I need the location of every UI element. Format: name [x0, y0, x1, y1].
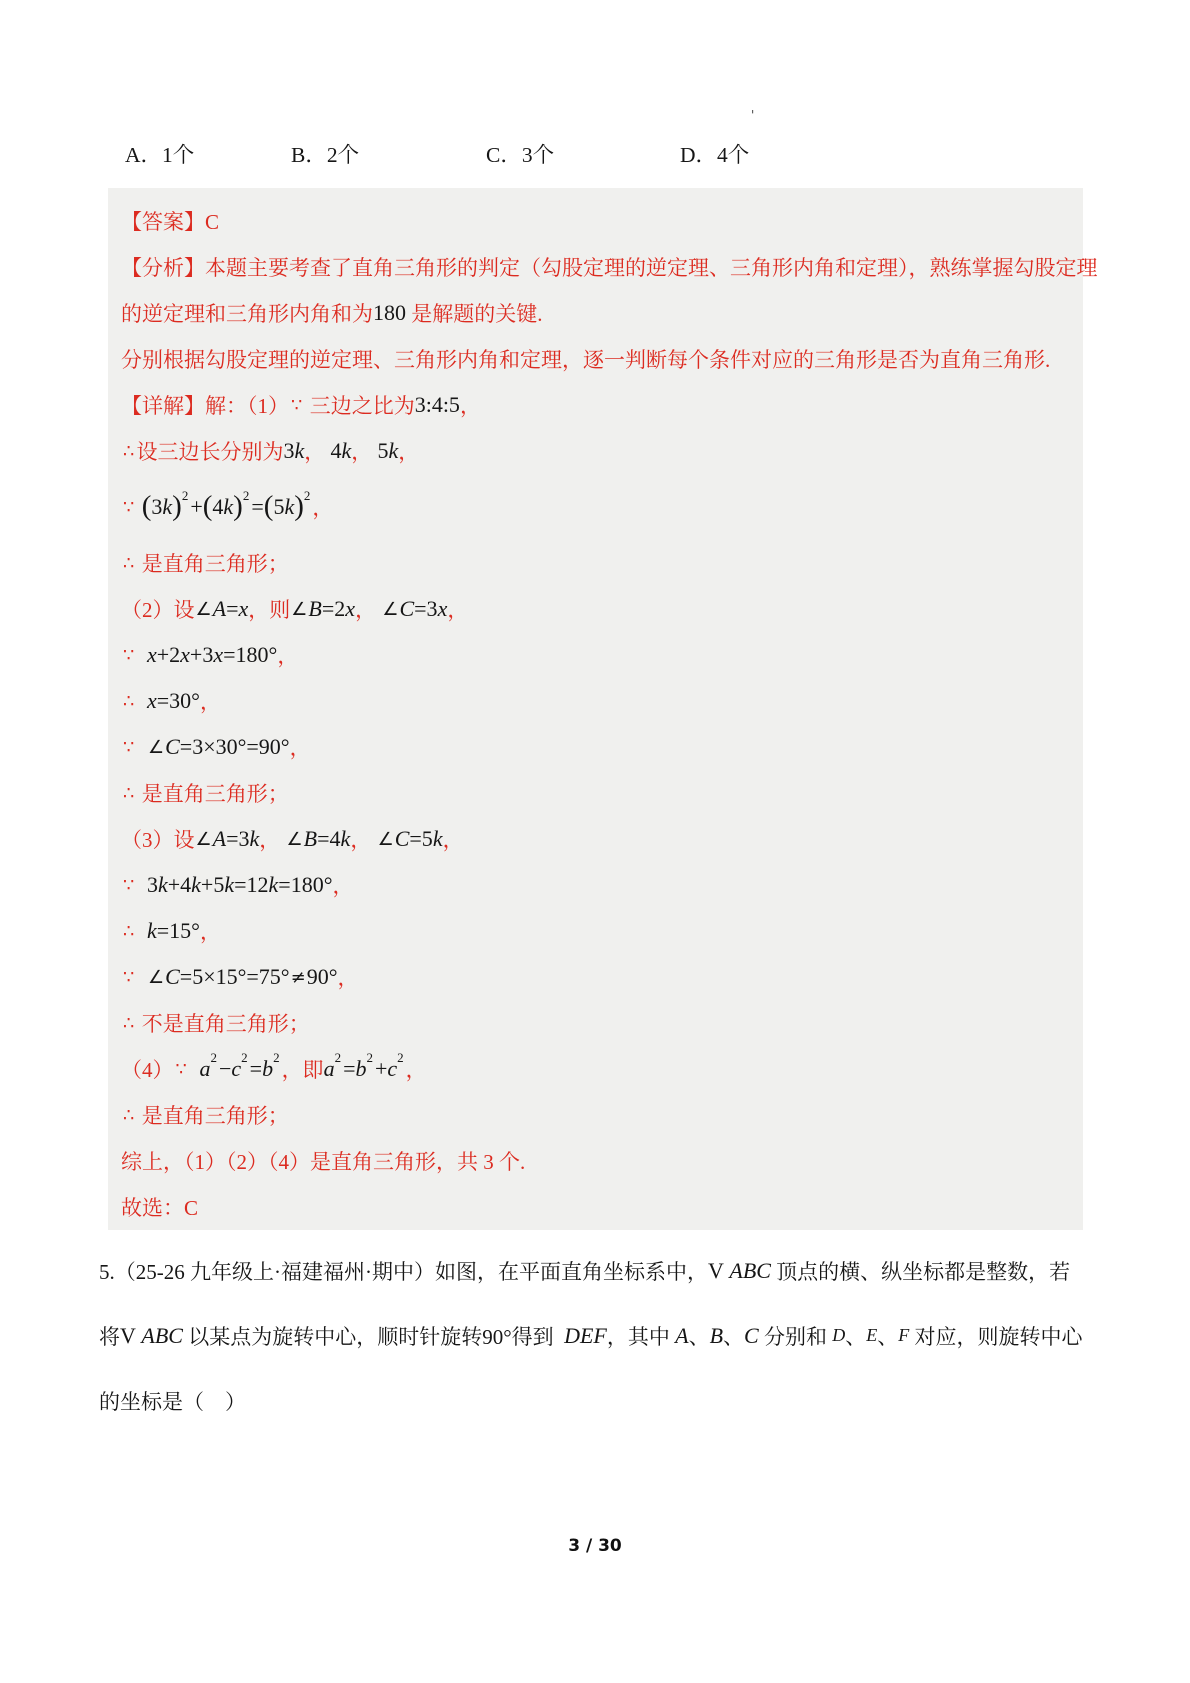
text-run: =180°	[223, 642, 277, 668]
text-run: x	[213, 642, 223, 668]
solution-step: （3）设∠A=3k， ∠B=4k， ∠C=5k，	[121, 816, 1069, 862]
text-run: B	[308, 596, 321, 622]
solution-step: ∵ ∠C=5×15°=75°≠90°，	[121, 954, 1069, 1000]
text-run: =3	[226, 826, 249, 852]
text-run: 2	[366, 1050, 375, 1066]
text-run: k	[388, 438, 398, 464]
text-run: D	[832, 1325, 845, 1346]
text-run: (	[264, 490, 274, 523]
text-run: 的逆定理和三角形内角和为	[121, 298, 373, 328]
analysis-line-1: 【分析】本题主要考查了直角三角形的判定（勾股定理的逆定理、三角形内角和定理），熟…	[121, 244, 1069, 290]
text-run: 2	[397, 1050, 406, 1066]
text-run: 3	[151, 494, 162, 520]
text-run: ∴	[121, 1013, 136, 1034]
text-run: k	[223, 494, 233, 520]
text-run: DEF	[564, 1323, 607, 1349]
text-run: =	[250, 1056, 262, 1082]
text-run	[136, 735, 147, 760]
text-run: A	[213, 596, 226, 622]
options-row: A．1个 B．2个 C．3个 D．4个	[0, 138, 1190, 170]
solution-step: ∵ x+2x+3x=180°，	[121, 632, 1069, 678]
text-run: 、	[845, 1321, 866, 1351]
text-run: ∠	[195, 599, 213, 620]
option-d: D．4个	[680, 138, 749, 169]
text-run: +	[190, 494, 202, 520]
text-run: A	[675, 1323, 688, 1349]
text-run: k	[224, 872, 234, 898]
conclusion-step: ∴ 是直角三角形；	[121, 1092, 1069, 1138]
text-run: ，	[406, 1054, 427, 1084]
solution-step: ∴设三边长分别为3k， 4k， 5k，	[121, 428, 1069, 474]
text-run: 2	[241, 1050, 250, 1066]
text-run: C	[165, 964, 180, 990]
text-run: =	[226, 596, 238, 622]
text-run: k	[341, 826, 351, 852]
text-run: 的坐标是（ ）	[99, 1386, 246, 1416]
text-run: b	[262, 1056, 273, 1082]
text-run: ∠	[147, 737, 165, 758]
text-run: =2	[322, 596, 345, 622]
text-run: 2	[210, 1050, 219, 1066]
text-run: ∴	[121, 783, 136, 804]
text-run: 90°	[307, 964, 338, 990]
text-run: 三边之比为	[304, 390, 414, 420]
text-run: x	[147, 642, 157, 668]
question5-line-2: 将V ABC 以某点为旋转中心，顺时针旋转90°得到 DEF，其中 A、B、C …	[99, 1303, 1099, 1368]
text-run: +2	[157, 642, 180, 668]
text-run: =3	[414, 596, 437, 622]
final-choice-line: 故选：C	[121, 1184, 1069, 1230]
text-run: ∵	[121, 875, 136, 896]
text-run: ∠	[286, 829, 304, 850]
text-run: x	[345, 596, 355, 622]
text-run: ∴	[121, 691, 136, 712]
text-run: 综上，（1）（2）（4）是直角三角形，共 3 个.	[121, 1146, 525, 1176]
text-run: ，	[333, 870, 354, 900]
text-run: =15°	[157, 918, 200, 944]
text-run: =4	[317, 826, 340, 852]
text-run: =5×15°=75°	[180, 964, 290, 990]
text-run: ，	[338, 962, 359, 992]
solution-step: ∴ k=15°，	[121, 908, 1069, 954]
solution-step: ∵ 3k+4k+5k=12k=180°，	[121, 862, 1069, 908]
text-run: V	[708, 1258, 729, 1284]
text-run: −	[219, 1056, 231, 1082]
text-run: +5	[201, 872, 224, 898]
text-run: C	[395, 826, 410, 852]
text-run: x	[180, 642, 190, 668]
text-run: 分别根据勾股定理的逆定理、三角形内角和定理，逐一判断每个条件对应的三角形是否为直…	[121, 344, 1050, 374]
text-run: c	[387, 1056, 397, 1082]
text-run: ABC	[141, 1323, 183, 1349]
conclusion-step: ∴ 是直角三角形；	[121, 770, 1069, 816]
text-run: 5.（25-26 九年级上·福建福州·期中）如图，在平面直角坐标系中，	[99, 1256, 708, 1286]
text-run: =5	[409, 826, 432, 852]
text-run: k	[269, 872, 279, 898]
text-run: +4	[168, 872, 191, 898]
text-run: 5	[377, 438, 388, 464]
text-run: k	[250, 826, 260, 852]
stray-mark: '	[751, 108, 754, 122]
text-run: 4	[212, 494, 223, 520]
conclusion-step: ∴ 是直角三角形；	[121, 540, 1069, 586]
conclusion-step: ∴ 不是直角三角形；	[121, 1000, 1069, 1046]
text-run: ，	[259, 824, 285, 854]
text-run: 4	[330, 438, 341, 464]
text-run: 【分析】本题主要考查了直角三角形的判定（勾股定理的逆定理、三角形内角和定理），熟…	[121, 252, 1098, 282]
text-run	[136, 873, 147, 898]
text-run: x	[147, 688, 157, 714]
text-run: （3）设	[121, 824, 195, 854]
text-run: 2	[182, 488, 191, 504]
analysis-line-2: 的逆定理和三角形内角和为180 是解题的关键.	[121, 290, 1069, 336]
detail-step: 【详解】解：（1）∵ 三边之比为3:4:5，	[121, 382, 1069, 428]
text-run: x	[239, 596, 249, 622]
text-run: 、	[689, 1321, 710, 1351]
text-run: x	[438, 596, 448, 622]
text-run: ，	[355, 594, 381, 624]
text-run: b	[355, 1056, 366, 1082]
answer-solution-block: 【答案】C【分析】本题主要考查了直角三角形的判定（勾股定理的逆定理、三角形内角和…	[108, 188, 1083, 1230]
option-c: C．3个	[486, 138, 554, 169]
text-run: =12	[234, 872, 268, 898]
solution-step: （2）设∠A=x，则∠B=2x， ∠C=3x，	[121, 586, 1069, 632]
text-run: a	[199, 1056, 210, 1082]
text-run: 2	[304, 488, 313, 504]
text-run: C	[399, 596, 414, 622]
text-run: (	[142, 490, 152, 523]
text-run: ∵	[121, 497, 136, 518]
text-run: 2	[273, 1050, 282, 1066]
text-run: E	[866, 1325, 877, 1346]
text-run: ，	[443, 824, 464, 854]
text-run: ∠	[290, 599, 308, 620]
text-run: ，	[290, 732, 311, 762]
text-run: 2	[335, 1050, 344, 1066]
text-run: ，则	[248, 594, 290, 624]
question5-line-3: 的坐标是（ ）	[99, 1368, 1099, 1433]
text-run: V	[120, 1323, 141, 1349]
text-run: ，	[460, 390, 481, 420]
text-run: B	[710, 1323, 723, 1349]
text-run: k	[162, 494, 172, 520]
text-run: ，其中	[607, 1321, 675, 1351]
text-run: ∵	[121, 645, 136, 666]
text-run: 2	[243, 488, 252, 504]
text-run: 是解题的关键.	[406, 298, 543, 328]
text-run: 是直角三角形；	[136, 548, 288, 578]
text-run: =30°	[157, 688, 200, 714]
text-run: k	[284, 494, 294, 520]
text-run: ，	[398, 436, 419, 466]
text-run: k	[341, 438, 351, 464]
text-run: k	[294, 438, 304, 464]
solution-step: ∴ x=30°，	[121, 678, 1069, 724]
text-run: k	[433, 826, 443, 852]
text-run: ∴	[121, 441, 136, 462]
solution-step: （4）∵ a2−c2=b2，即a2=b2+c2，	[121, 1046, 1069, 1092]
text-run: ，	[447, 594, 468, 624]
text-run: k	[191, 872, 201, 898]
text-run: ∵	[174, 1059, 189, 1080]
text-run: 是直角三角形；	[136, 1100, 288, 1130]
text-run: ∵	[121, 737, 136, 758]
question5-line-1: 5.（25-26 九年级上·福建福州·期中）如图，在平面直角坐标系中，V ABC…	[99, 1238, 1099, 1303]
text-run: 对应，则旋转中心	[909, 1321, 1082, 1351]
text-run: )	[294, 490, 304, 523]
text-run: ∠	[147, 967, 165, 988]
text-run: k	[147, 918, 157, 944]
text-run	[136, 643, 147, 668]
text-run: ∠	[377, 829, 395, 850]
summary-line: 综上，（1）（2）（4）是直角三角形，共 3 个.	[121, 1138, 1069, 1184]
text-run: 3	[147, 872, 158, 898]
text-run: 、	[723, 1321, 744, 1351]
text-run: 180	[373, 300, 406, 326]
text-run	[136, 919, 147, 944]
option-a: A．1个	[125, 138, 194, 169]
text-run: ，	[351, 436, 377, 466]
text-run: 设三边长分别为	[136, 436, 283, 466]
text-run	[136, 689, 147, 714]
text-run: c	[231, 1056, 241, 1082]
text-run: a	[324, 1056, 335, 1082]
option-b: B．2个	[291, 138, 359, 169]
text-run: B	[304, 826, 317, 852]
text-run: ∵	[289, 395, 304, 416]
text-run: ∵	[121, 967, 136, 988]
text-run: A	[213, 826, 226, 852]
text-run: +3	[190, 642, 213, 668]
text-run: C	[744, 1323, 759, 1349]
text-run: 是直角三角形；	[136, 778, 288, 808]
text-run: 故选：C	[121, 1192, 198, 1222]
text-run: =180°	[278, 872, 332, 898]
text-run: ≠	[290, 967, 307, 988]
text-run: ABC	[729, 1258, 771, 1284]
text-run: ∴	[121, 553, 136, 574]
text-run: 分别和	[759, 1321, 833, 1351]
text-run	[136, 965, 147, 990]
text-run: ∴	[121, 921, 136, 942]
text-run: ，	[200, 686, 221, 716]
text-run: 3:4:5	[415, 392, 460, 418]
text-run: ，	[312, 492, 333, 522]
solution-step: ∵ ∠C=3×30°=90°，	[121, 724, 1069, 770]
text-run: ∴	[121, 1105, 136, 1126]
text-run: 3	[283, 438, 294, 464]
text-run: 以某点为旋转中心，顺时针旋转90°得到	[183, 1321, 564, 1351]
solution-step: ∵ (3k)2+(4k)2=(5k)2，	[121, 474, 1069, 540]
text-run: ，	[200, 916, 221, 946]
text-run: ，	[277, 640, 298, 670]
text-run: ，	[304, 436, 330, 466]
text-run: =	[251, 494, 263, 520]
text-run: (	[203, 490, 213, 523]
text-run: F	[898, 1325, 909, 1346]
text-run: 顶点的横、纵坐标都是整数，若	[771, 1256, 1070, 1286]
text-run	[189, 1057, 200, 1082]
question5-block: 5.（25-26 九年级上·福建福州·期中）如图，在平面直角坐标系中，V ABC…	[99, 1238, 1099, 1433]
text-run: +	[375, 1056, 387, 1082]
text-run: 将	[99, 1321, 120, 1351]
text-run: （2）设	[121, 594, 195, 624]
text-run: )	[172, 490, 182, 523]
text-run: 不是直角三角形；	[136, 1008, 309, 1038]
text-run: ，	[350, 824, 376, 854]
text-run: )	[233, 490, 243, 523]
text-run: =	[343, 1056, 355, 1082]
text-run: 5	[273, 494, 284, 520]
text-run: 【答案】C	[121, 206, 219, 236]
text-run: C	[165, 734, 180, 760]
answer-line: 【答案】C	[121, 198, 1069, 244]
text-run: （4）	[121, 1054, 174, 1084]
text-run: 【详解】解：（1）	[121, 390, 289, 420]
text-run: ∠	[381, 599, 399, 620]
text-run: =3×30°=90°	[180, 734, 290, 760]
text-run: ∠	[195, 829, 213, 850]
text-run: ，即	[282, 1054, 324, 1084]
page-number: 3 / 30	[0, 1536, 1190, 1556]
text-run: 、	[877, 1321, 898, 1351]
analysis-line-3: 分别根据勾股定理的逆定理、三角形内角和定理，逐一判断每个条件对应的三角形是否为直…	[121, 336, 1069, 382]
text-run: k	[158, 872, 168, 898]
